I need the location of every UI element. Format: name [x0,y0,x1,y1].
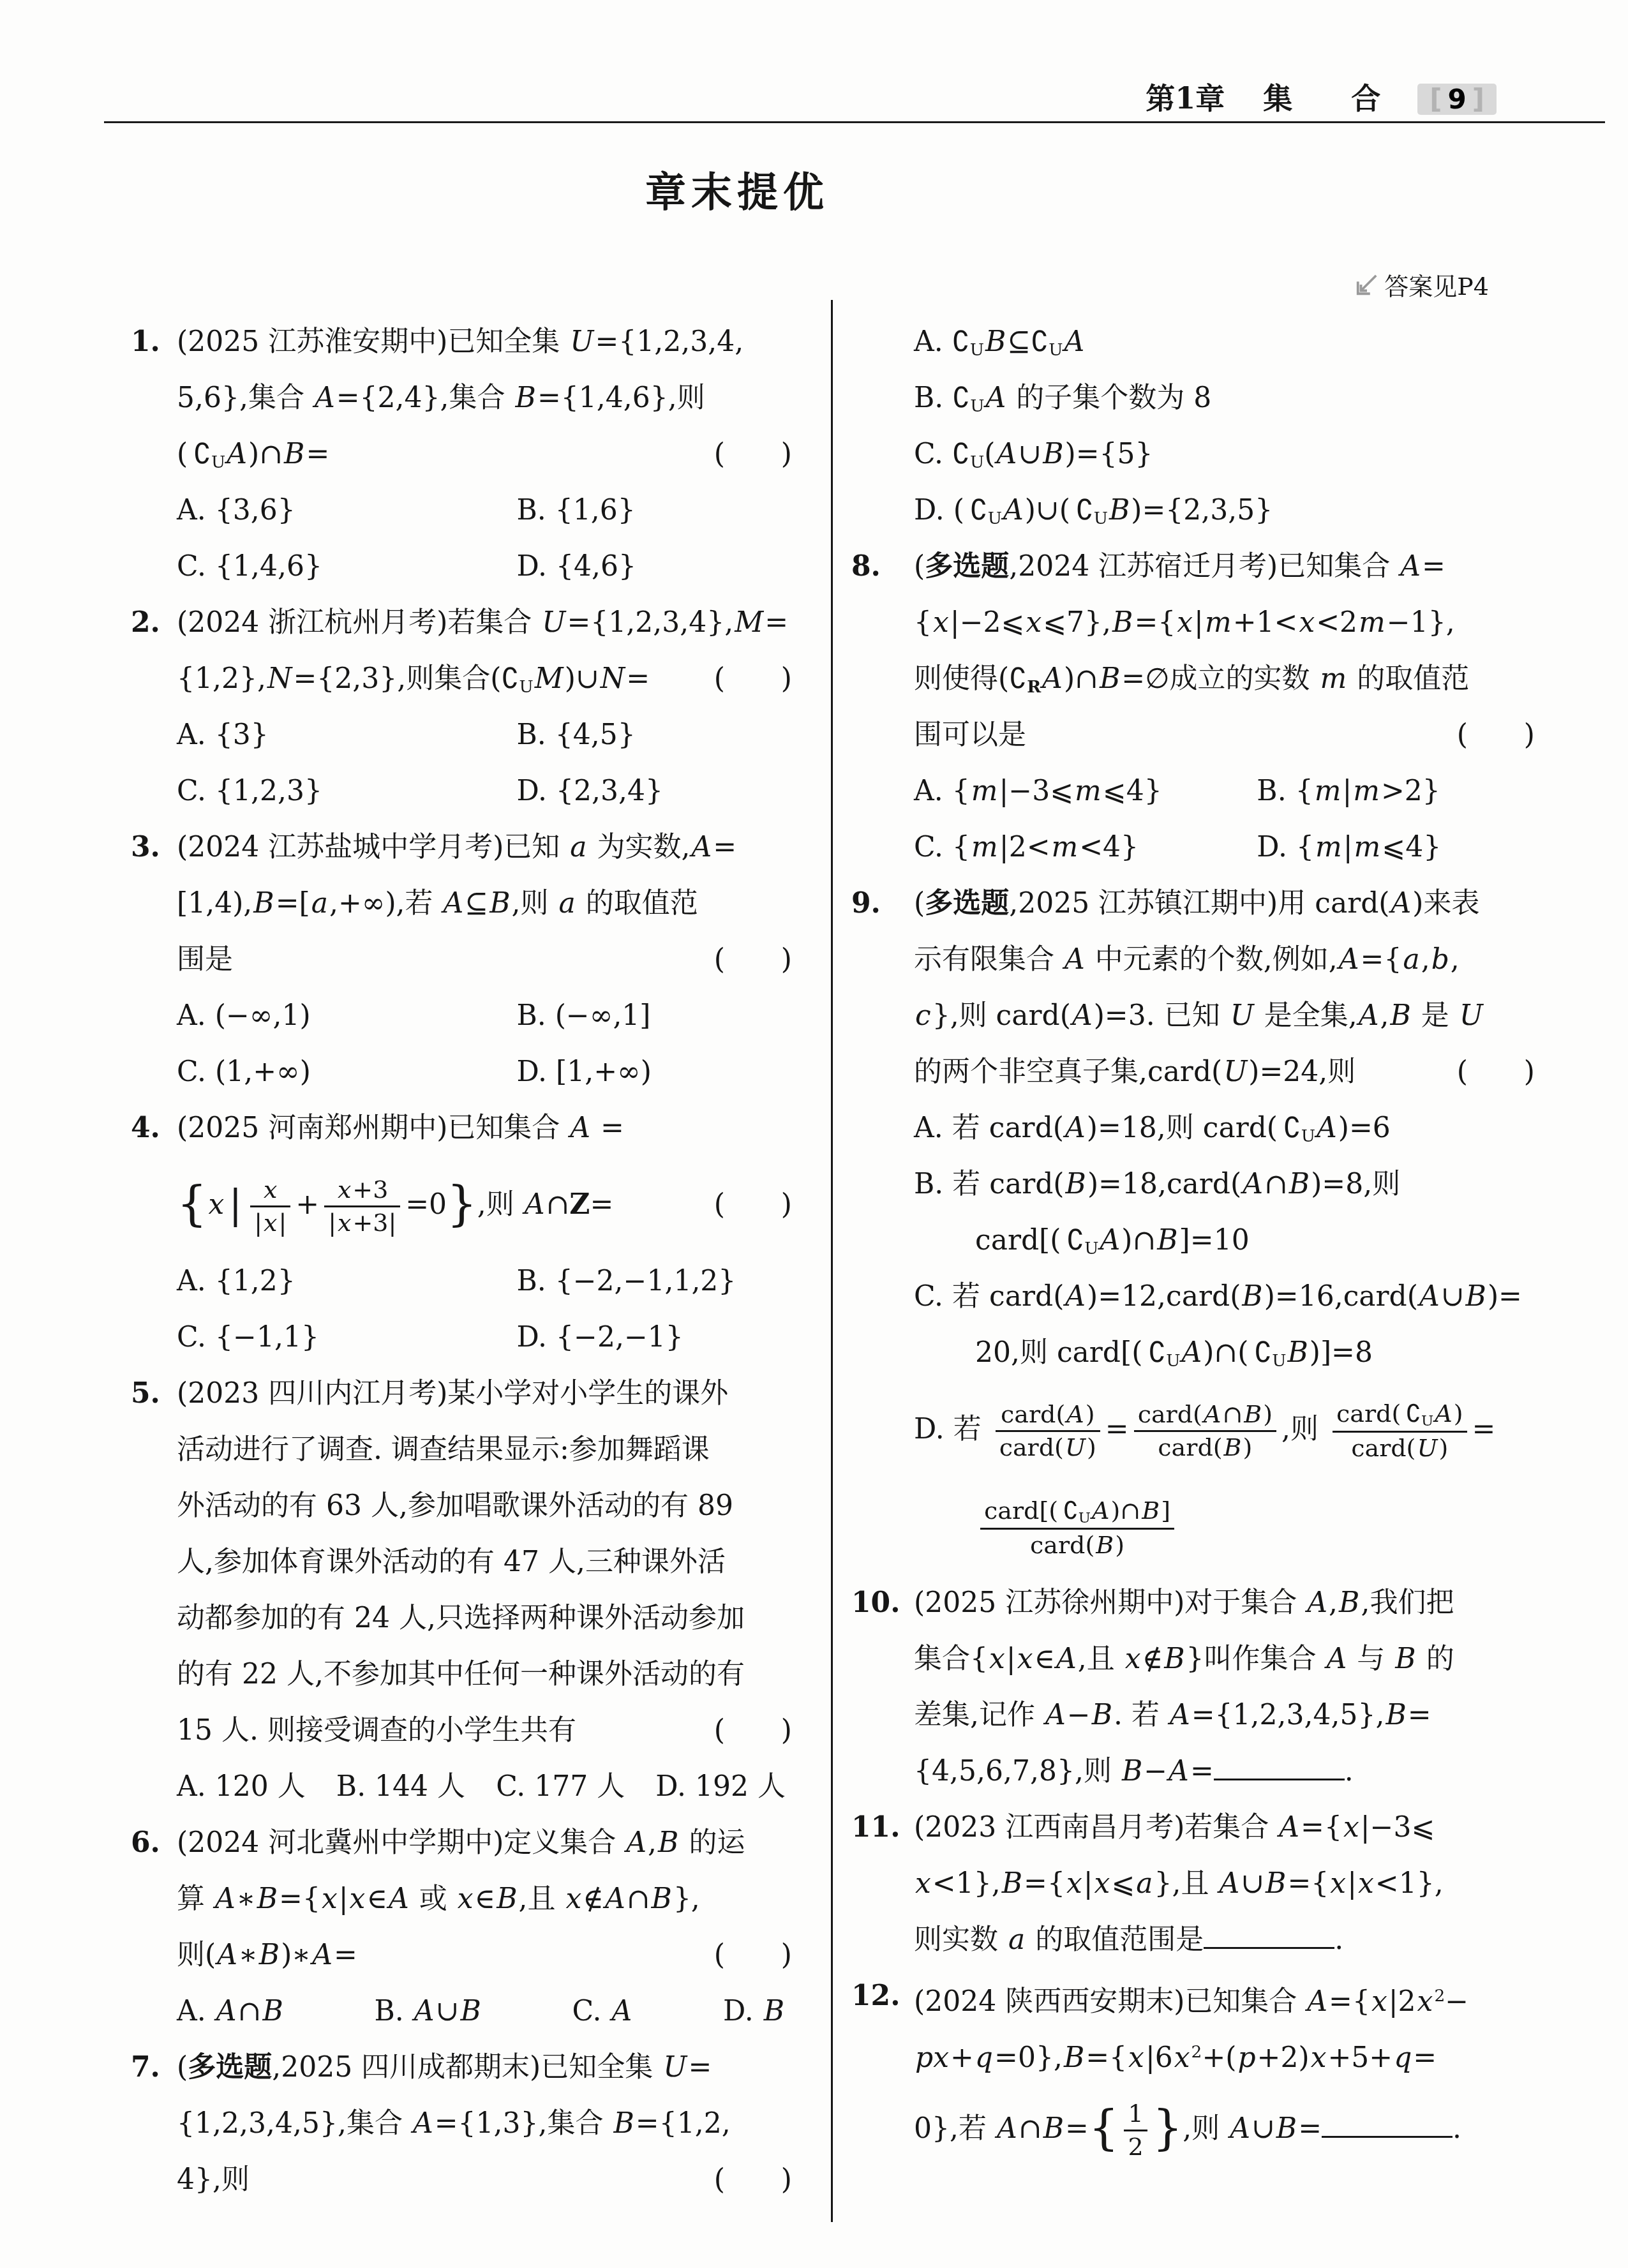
problem-body: A. ∁UB⊆∁UA B. ∁UA 的子集个数为 8 C. ∁U(A∪B)={5… [914,314,1537,539]
problem-text: (2024 江苏盐城中学月考)已知 a 为实数,A= [177,831,736,863]
options-row: A. {1,2}B. {−2,−1,1,2} [177,1253,795,1309]
option-c: C. A [572,1983,633,2040]
problem-number: 1. [131,314,177,595]
problem-body: (2024 河北冀州中学期中)定义集合 A,B 的运 算 A∗B={x|x∈A … [177,1815,795,2040]
problem-text: 的有 22 人,不参加其中任何一种课外活动的有 [177,1658,745,1690]
problem-3: 3. (2024 江苏盐城中学月考)已知 a 为实数,A= [1,4),B=[a… [131,819,795,1100]
right-column: A. ∁UB⊆∁UA B. ∁UA 的子集个数为 8 C. ∁U(A∪B)={5… [851,314,1537,2177]
option-a: A. {3} [177,707,516,763]
option-line: A. ∁UB⊆∁UA [914,314,1537,370]
problem-text: x<1},B={x|x⩽a},且 A∪B={x|x<1}, [914,1867,1444,1900]
option-line: C. 若 card(A)=12,card(B)=16,card(A∪B)= [914,1269,1537,1325]
answer-paren: ( ) [1457,1044,1535,1100]
option-d: D. [1,+∞) [516,1044,795,1100]
problem-line: 0},若 A∩B={12},则 A∪B=. [914,2080,1537,2177]
problem-text: [1,4),B=[a,+∞),若 A⊆B,则 a 的取值范 [177,887,698,920]
chapter-label: 第1章 [1146,81,1225,116]
problem-4: 4. (2025 河南郑州期中)已知集合 A = {x|x|x|+x+3|x+3… [131,1100,795,1366]
problem-text: 围可以是 [914,719,1026,751]
problem-line: 则使得(∁RA)∩B=∅成立的实数 m 的取值范 [914,651,1537,707]
problem-body: (2025 河南郑州期中)已知集合 A = {x|x|x|+x+3|x+3|=0… [177,1100,795,1366]
problem-text: 则使得(∁RA)∩B=∅成立的实数 m 的取值范 [914,662,1469,695]
problem-formula-line: {x|x|x|+x+3|x+3|=0},则 A∩Z=( ) [177,1156,795,1253]
problem-line: 动都参加的有 24 人,只选择两种课外活动参加 [177,1590,795,1646]
page: { "header": { "chapter": "第1章", "section… [0,0,1628,2268]
answer-note: 答案见P4 [1355,267,1489,302]
option-line: B. 若 card(B)=18,card(A∩B)=8,则 [914,1156,1537,1212]
problem-number: 12. [851,1968,914,2177]
problem-7: 7. (多选题,2025 四川成都期末)已知全集 U= {1,2,3,4,5},… [131,2040,795,2208]
option-a: A. ∁UB⊆∁UA [914,325,1086,358]
page-header: 第1章集合[9] [0,75,1497,117]
answer-paren: ( ) [714,651,792,707]
problem-line: 5,6},集合 A={2,4},集合 B={1,4,6},则 [177,370,795,426]
option-c: C. 177 人 [496,1759,625,1815]
problem-text: 示有限集合 A 中元素的个数,例如,A={a,b, [914,943,1460,976]
problem-text: (2023 江西南昌月考)若集合 A={x|−3⩽ [914,1811,1435,1844]
problem-number: 8. [851,539,914,876]
problem-line: (多选题,2025 江苏镇江期中)用 card(A)来表 [914,876,1537,932]
problem-number: 4. [131,1100,177,1366]
problem-line: {1,2,3,4,5},集合 A={1,3},集合 B={1,2, [177,2096,795,2152]
problem-body: (2023 四川内江月考)某小学对小学生的课外 活动进行了调查. 调查结果显示:… [177,1366,795,1815]
problem-line: 15 人. 则接受调查的小学生共有( ) [177,1703,795,1759]
option-c: C. (1,+∞) [177,1044,516,1100]
problem-body: (2025 江苏徐州期中)对于集合 A,B,我们把 集合{x|x∈A,且 x∉B… [914,1575,1537,1800]
options-row: A. {3}B. {4,5} [177,707,795,763]
problem-number: 7. [131,2040,177,2208]
problem-body: (2025 江苏淮安期中)已知全集 U={1,2,3,4, 5,6},集合 A=… [177,314,795,595]
answer-note-text: 答案见P4 [1384,267,1489,302]
option-c: C. {1,2,3} [177,763,516,819]
problem-10: 10. (2025 江苏徐州期中)对于集合 A,B,我们把 集合{x|x∈A,且… [851,1575,1537,1800]
problem-number: 9. [851,876,914,1575]
option-d: D. B [723,1983,786,2040]
options-row: C. {−1,1}D. {−2,−1} [177,1309,795,1366]
problem-line: 外活动的有 63 人,参加唱歌课外活动的有 89 [177,1478,795,1534]
problem-line: 的两个非空真子集,card(U)=24,则( ) [914,1044,1537,1100]
option-b: B. (−∞,1] [516,988,795,1044]
problem-text: (多选题,2024 江苏宿迁月考)已知集合 A= [914,550,1445,583]
problem-number: 10. [851,1575,914,1800]
option-c-continuation: 20,则 card[( ∁UA)∩( ∁UB)]=8 [975,1336,1373,1369]
left-column: 1. (2025 江苏淮安期中)已知全集 U={1,2,3,4, 5,6},集合… [131,314,795,2208]
problem-text: 活动进行了调查. 调查结果显示:参加舞蹈课 [177,1433,710,1466]
problem-text: (2024 河北冀州中学期中)定义集合 A,B 的运 [177,1826,745,1859]
option-b: B. {1,6} [516,482,795,539]
column-divider [831,300,833,2222]
problem-line: ( ∁UA)∩B=( ) [177,426,795,482]
option-line-continuation: card[( ∁UA)∩B]card(B) [914,1478,1537,1575]
option-a: A. {3,6} [177,482,516,539]
answer-paren: ( ) [714,426,792,482]
problem-line: [1,4),B=[a,+∞),若 A⊆B,则 a 的取值范 [177,876,795,932]
problem-body: (多选题,2025 四川成都期末)已知全集 U= {1,2,3,4,5},集合 … [177,2040,795,2208]
problem-line: c},则 card(A)=3. 已知 U 是全集,A,B 是 U [914,988,1537,1044]
problem-line: 4},则( ) [177,2152,795,2208]
problem-line: 则(A∗B)∗A=( ) [177,1927,795,1983]
problem-text: 则实数 a 的取值范围是. [914,1923,1343,1956]
problem-line: (多选题,2025 四川成都期末)已知全集 U= [177,2040,795,2096]
problem-text: 则(A∗B)∗A= [177,1939,357,1971]
problem-text: 外活动的有 63 人,参加唱歌课外活动的有 89 [177,1489,733,1522]
problem-text: 的两个非空真子集,card(U)=24,则 [914,1056,1355,1088]
option-b: B. 144 人 [336,1759,465,1815]
problem-line: (2023 四川内江月考)某小学对小学生的课外 [177,1366,795,1422]
problem-text: {x|−2⩽x⩽7},B={x|m+1<x<2m−1}, [914,606,1455,639]
answer-paren: ( ) [714,2152,792,2208]
problem-text: (2025 河南郑州期中)已知集合 A = [177,1112,624,1144]
answer-paren: ( ) [714,1703,792,1759]
option-b-continuation: card[( ∁UA)∩B]=10 [975,1224,1250,1257]
problem-1: 1. (2025 江苏淮安期中)已知全集 U={1,2,3,4, 5,6},集合… [131,314,795,595]
option-d: D. {2,3,4} [516,763,795,819]
option-c: C. {1,4,6} [177,539,516,595]
answer-paren: ( ) [714,1927,792,1983]
problem-8: 8. (多选题,2024 江苏宿迁月考)已知集合 A= {x|−2⩽x⩽7},B… [851,539,1537,876]
problem-number: 5. [131,1366,177,1815]
answer-paren: ( ) [714,1156,792,1253]
problem-line: (2023 江西南昌月考)若集合 A={x|−3⩽ [914,1800,1537,1856]
problem-5: 5. (2023 四川内江月考)某小学对小学生的课外 活动进行了调查. 调查结果… [131,1366,795,1815]
problem-line: 围可以是( ) [914,707,1537,763]
problem-line: (多选题,2024 江苏宿迁月考)已知集合 A= [914,539,1537,595]
page-title: 章末提优 [0,160,1474,218]
page-box-left-bracket: [ [1424,84,1447,115]
option-d: D. 若 card(A)card(U)=card(A∩B)card(B),则 c… [914,1413,1495,1445]
options-row: A. A∩BB. A∪BC. AD. B [177,1983,795,2040]
problem-text: (2024 浙江杭州月考)若集合 U={1,2,3,4},M= [177,606,788,639]
problem-body: (多选题,2024 江苏宿迁月考)已知集合 A= {x|−2⩽x⩽7},B={x… [914,539,1537,876]
problem-text: px+q=0},B={x|6x2+(p+2)x+5+q= [914,2041,1437,2074]
options-row: A. (−∞,1)B. (−∞,1] [177,988,795,1044]
option-a: A. {m|−3⩽m⩽4} [914,763,1257,819]
options-row: C. {m|2<m<4}D. {m|m⩽4} [914,819,1537,876]
page-box-right-bracket: ] [1467,84,1490,115]
problem-9: 9. (多选题,2025 江苏镇江期中)用 card(A)来表 示有限集合 A … [851,876,1537,1575]
problem-text: (2024 陕西西安期末)已知集合 A={x|2x2− [914,1985,1468,2018]
page-number-box: [9] [1417,84,1497,115]
problem-number: 3. [131,819,177,1100]
option-line-continuation: card[( ∁UA)∩B]=10 [914,1212,1537,1269]
problem-text: c},则 card(A)=3. 已知 U 是全集,A,B 是 U [914,999,1484,1032]
problem-text: 人,参加体育课外活动的有 47 人,三种课外活 [177,1546,726,1578]
problem-text: 集合{x|x∈A,且 x∉B}叫作集合 A 与 B 的 [914,1643,1454,1675]
option-b: B. {m|m>2} [1257,763,1537,819]
problem-2: 2. (2024 浙江杭州月考)若集合 U={1,2,3,4},M= {1,2}… [131,595,795,819]
problem-text: {1,2,3,4,5},集合 A={1,3},集合 B={1,2, [177,2107,731,2140]
problem-line: 的有 22 人,不参加其中任何一种课外活动的有 [177,1646,795,1703]
problem-line: (2025 河南郑州期中)已知集合 A = [177,1100,795,1156]
problem-text: 5,6},集合 A={2,4},集合 B={1,4,6},则 [177,382,705,414]
option-line: D. 若 card(A)card(U)=card(A∩B)card(B),则 c… [914,1381,1537,1478]
problem-formula: {x|x|x|+x+3|x+3|=0},则 A∩Z= [177,1188,613,1221]
options-row: C. {1,4,6}D. {4,6} [177,539,795,595]
option-b: B. 若 card(B)=18,card(A∩B)=8,则 [914,1168,1400,1200]
problem-line: 则实数 a 的取值范围是. [914,1912,1537,1968]
problem-12: 12. (2024 陕西西安期末)已知集合 A={x|2x2− px+q=0},… [851,1968,1537,2177]
problem-line: (2024 河北冀州中学期中)定义集合 A,B 的运 [177,1815,795,1871]
problem-text: (多选题,2025 四川成都期末)已知全集 U= [177,2051,712,2084]
option-a: A. {1,2} [177,1253,516,1309]
problem-body: (2024 浙江杭州月考)若集合 U={1,2,3,4},M= {1,2},N=… [177,595,795,819]
page-number: 9 [1448,84,1467,115]
option-b: B. ∁UA 的子集个数为 8 [914,382,1211,414]
option-c: C. ∁U(A∪B)={5} [914,438,1153,470]
problem-text: (2023 四川内江月考)某小学对小学生的课外 [177,1377,728,1410]
options-row: C. (1,+∞)D. [1,+∞) [177,1044,795,1100]
problem-line: 人,参加体育课外活动的有 47 人,三种课外活 [177,1534,795,1590]
problem-line: x<1},B={x|x⩽a},且 A∪B={x|x<1}, [914,1856,1537,1912]
problem-text: 15 人. 则接受调查的小学生共有 [177,1714,576,1747]
option-d: D. {−2,−1} [516,1309,795,1366]
problem-text: (2025 江苏徐州期中)对于集合 A,B,我们把 [914,1586,1454,1619]
problem-11: 11. (2023 江西南昌月考)若集合 A={x|−3⩽ x<1},B={x|… [851,1800,1537,1968]
option-d: D. ( ∁UA)∪( ∁UB)={2,3,5} [914,494,1273,526]
problem-line: {4,5,6,7,8},则 B−A=. [914,1743,1537,1800]
problem-line: 集合{x|x∈A,且 x∉B}叫作集合 A 与 B 的 [914,1631,1537,1687]
problem-body: (2024 江苏盐城中学月考)已知 a 为实数,A= [1,4),B=[a,+∞… [177,819,795,1100]
section-label: 集合 [1263,81,1439,116]
problem-text: 算 A∗B={x|x∈A 或 x∈B,且 x∉A∩B}, [177,1883,700,1915]
option-a: A. A∩B [177,1983,285,2040]
option-line: A. 若 card(A)=18,则 card( ∁UA)=6 [914,1100,1537,1156]
options-row: C. {1,2,3}D. {2,3,4} [177,763,795,819]
problem-line: (2024 陕西西安期末)已知集合 A={x|2x2− [914,1968,1537,2024]
answer-arrow-icon [1355,272,1379,297]
problem-body: (多选题,2025 江苏镇江期中)用 card(A)来表 示有限集合 A 中元素… [914,876,1537,1575]
problem-body: (2024 陕西西安期末)已知集合 A={x|2x2− px+q=0},B={x… [914,1968,1537,2177]
problem-number: 11. [851,1800,914,1968]
problem-7-options: A. ∁UB⊆∁UA B. ∁UA 的子集个数为 8 C. ∁U(A∪B)={5… [851,314,1537,539]
option-c: C. {m|2<m<4} [914,819,1257,876]
option-d-continuation: card[( ∁UA)∩B]card(B) [975,1510,1179,1542]
problem-text: 0},若 A∩B={12},则 A∪B=. [914,2112,1461,2145]
problem-line: (2025 江苏徐州期中)对于集合 A,B,我们把 [914,1575,1537,1631]
problem-text: 动都参加的有 24 人,只选择两种课外活动参加 [177,1602,745,1634]
options-row: A. {3,6}B. {1,6} [177,482,795,539]
problem-text: (多选题,2025 江苏镇江期中)用 card(A)来表 [914,887,1479,920]
option-d: D. 192 人 [655,1759,786,1815]
problem-line: px+q=0},B={x|6x2+(p+2)x+5+q= [914,2024,1537,2080]
header-rule [104,121,1605,123]
option-line-continuation: 20,则 card[( ∁UA)∩( ∁UB)]=8 [914,1325,1537,1381]
problem-line: {x|−2⩽x⩽7},B={x|m+1<x<2m−1}, [914,595,1537,651]
option-b: B. {4,5} [516,707,795,763]
problem-number: 2. [131,595,177,819]
problem-line: 围是( ) [177,932,795,988]
option-a: A. 120 人 [177,1759,306,1815]
problem-text: (2025 江苏淮安期中)已知全集 U={1,2,3,4, [177,325,743,358]
option-line: C. ∁U(A∪B)={5} [914,426,1537,482]
problem-6: 6. (2024 河北冀州中学期中)定义集合 A,B 的运 算 A∗B={x|x… [131,1815,795,2040]
option-c: C. 若 card(A)=12,card(B)=16,card(A∪B)= [914,1280,1522,1313]
problem-line: (2024 江苏盐城中学月考)已知 a 为实数,A= [177,819,795,876]
option-b: B. A∪B [374,1983,482,2040]
option-a: A. 若 card(A)=18,则 card( ∁UA)=6 [914,1112,1391,1144]
problem-body: (2023 江西南昌月考)若集合 A={x|−3⩽ x<1},B={x|x⩽a}… [914,1800,1537,1968]
problem-line: 算 A∗B={x|x∈A 或 x∈B,且 x∉A∩B}, [177,1871,795,1927]
problem-text: {1,2},N={2,3},则集合(∁UM)∪N= [177,662,650,695]
problem-number: 6. [131,1815,177,2040]
problem-line: 差集,记作 A−B. 若 A={1,2,3,4,5},B= [914,1687,1537,1743]
options-row: A. {m|−3⩽m⩽4}B. {m|m>2} [914,763,1537,819]
option-d: D. {4,6} [516,539,795,595]
problem-text: 4},则 [177,2163,250,2196]
answer-paren: ( ) [714,932,792,988]
problem-text: ( ∁UA)∩B= [177,438,329,470]
problem-line: (2024 浙江杭州月考)若集合 U={1,2,3,4},M= [177,595,795,651]
problem-line: {1,2},N={2,3},则集合(∁UM)∪N=( ) [177,651,795,707]
problem-number-spacer [851,314,914,539]
problem-line: 活动进行了调查. 调查结果显示:参加舞蹈课 [177,1422,795,1478]
option-line: B. ∁UA 的子集个数为 8 [914,370,1537,426]
answer-paren: ( ) [1457,707,1535,763]
problem-line: 示有限集合 A 中元素的个数,例如,A={a,b, [914,932,1537,988]
option-d: D. {m|m⩽4} [1257,819,1537,876]
option-a: A. (−∞,1) [177,988,516,1044]
problem-text: {4,5,6,7,8},则 B−A=. [914,1755,1354,1787]
problem-text: 差集,记作 A−B. 若 A={1,2,3,4,5},B= [914,1699,1431,1731]
option-b: B. {−2,−1,1,2} [516,1253,795,1309]
options-row: A. 120 人B. 144 人C. 177 人D. 192 人 [177,1759,795,1815]
problem-line: (2025 江苏淮安期中)已知全集 U={1,2,3,4, [177,314,795,370]
option-line: D. ( ∁UA)∪( ∁UB)={2,3,5} [914,482,1537,539]
problem-text: 围是 [177,943,233,976]
option-c: C. {−1,1} [177,1309,516,1366]
